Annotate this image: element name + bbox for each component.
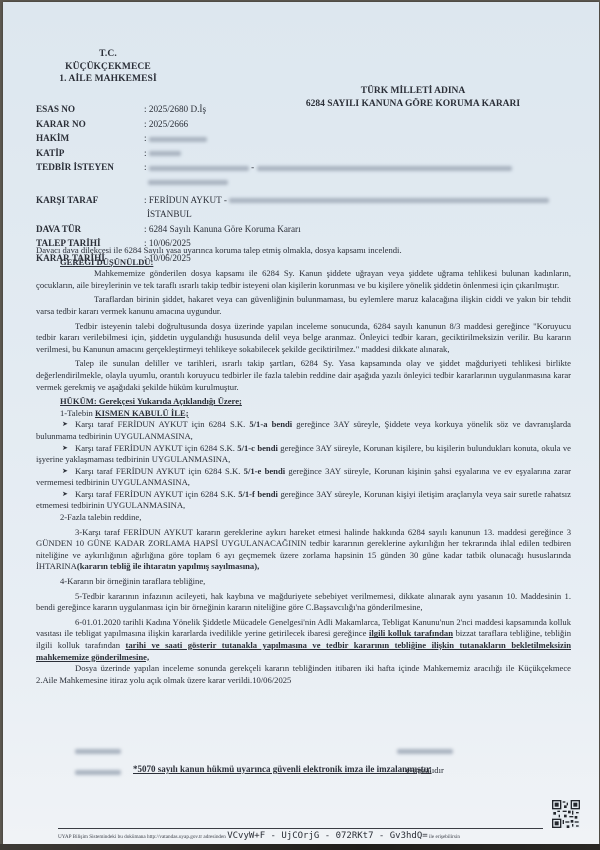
case-metadata: ESAS NO : 2025/2680 D.İş KARAR NO : 2025… [36,102,549,266]
meta-karar-no: KARAR NO : 2025/2666 [36,117,549,132]
uyap-footer: UYAP Bilişim Sistemindeki bu dokümana ht… [58,831,548,841]
paragraph-4: Talep ile sunulan deliller ve tarihleri,… [36,358,571,393]
item-6: 6-01.01.2020 tarihli Kadına Yönelik Şidd… [36,617,571,663]
header-tc: T.C. [43,48,173,61]
meta-hakim: HAKİM : [36,131,549,146]
redacted-petitioner-address [257,166,512,171]
item-5: 5-Tedbir kararının infazının acileyeti, … [36,591,571,614]
header-city: KÜÇÜKÇEKMECE [43,61,173,74]
arrow-bullet-icon: ➤ [23,443,68,455]
item-1: 1-Talebin KISMEN KABULÜ İLE; [60,408,571,420]
meta-karsi-taraf: KARŞI TARAF : FERİDUN AYKUT - İSTANBUL [36,193,549,222]
document-page: T.C. KÜÇÜKÇEKMECE 1. AİLE MAHKEMESİ TÜRK… [3,2,599,844]
redacted-judge-signature [397,749,453,754]
closing-text: Dosya üzerinde yapılan inceleme sonunda … [36,663,571,686]
court-header: T.C. KÜÇÜKÇEKMECE 1. AİLE MAHKEMESİ [43,48,173,86]
bullet-item: ➤Karşı taraf FERİDUN AYKUT için 6284 S.K… [36,466,571,489]
bullet-item: ➤Karşı taraf FERİDUN AYKUT için 6284 S.K… [36,419,571,442]
redacted-respondent-address [229,198,549,203]
qr-code-icon [552,800,580,828]
meta-esas-no: ESAS NO : 2025/2680 D.İş [36,102,549,117]
bullet-item: ➤Karşı taraf FERİDUN AYKUT için 6284 S.K… [36,443,571,466]
redacted-petitioner-address-2 [148,180,228,185]
meta-katip: KATİP : [36,146,549,161]
meta-dava-tur: DAVA TÜR : 6284 Sayılı Kanuna Göre Korum… [36,222,549,237]
signature-clerk [75,742,121,778]
meta-tedbir-isteyen: TEDBİR İSTEYEN : - [36,160,549,189]
redacted-judge-name [149,137,207,142]
esign-notice: *5070 sayılı kanun hükmü uyarınca güvenl… [133,764,432,774]
intro-text: Davacı dava dilekçesi ile 6284 Sayılı ya… [36,245,571,257]
redacted-clerk-title [75,770,121,775]
item-4: 4-Kararın bir örneğinin taraflara tebliğ… [60,576,571,588]
background-surface [0,844,600,850]
paragraph-2: Taraflardan birinin şiddet, hakaret veya… [36,294,571,317]
document-access-code: VCvyW+F - UjCOrjG - 072RKt7 - Gv3hdQ= [227,831,427,841]
bullet-item: ➤Karşı taraf FERİDUN AYKUT için 6284 S.K… [36,489,571,512]
hukum-heading: HÜKÜM: Gerekçesi Yukarıda Açıklandığı Üz… [60,396,571,408]
header-nation: TÜRK MİLLETİ ADINA [293,85,533,98]
paragraph-1: Mahkememize gönderilen dosya kapsamı ile… [36,268,571,291]
arrow-bullet-icon: ➤ [23,419,68,431]
arrow-bullet-icon: ➤ [23,466,68,478]
redacted-clerk-name [149,151,181,156]
arrow-bullet-icon: ➤ [23,489,68,501]
header-court: 1. AİLE MAHKEMESİ [43,73,173,86]
item-2: 2-Fazla talebin reddine, [60,512,571,524]
paragraph-3: Tedbir isteyenin talebi doğrultusunda do… [36,321,571,356]
footer-divider [58,828,543,829]
decision-body: Davacı dava dilekçesi ile 6284 Sayılı ya… [36,245,571,686]
item-3: 3-Karşı taraf FERİDUN AYKUT kararın gere… [36,527,571,573]
redacted-petitioner [149,166,249,171]
redacted-clerk-signature [75,749,121,754]
gerekce-heading: GEREĞİ DÜŞÜNÜLDÜ: [60,257,571,269]
